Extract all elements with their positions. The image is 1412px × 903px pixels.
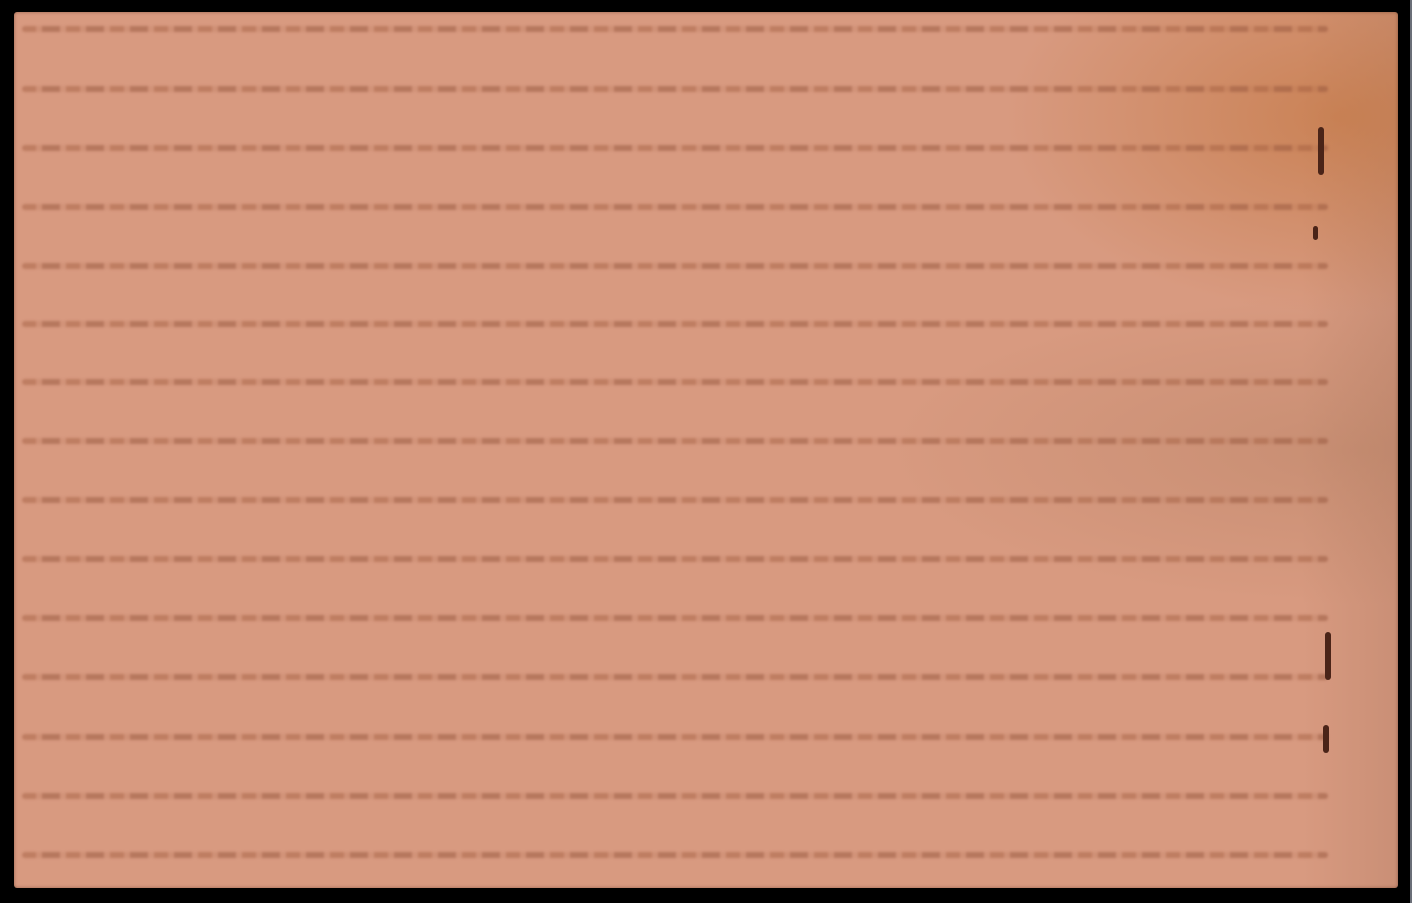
- faint-text-line: [22, 438, 1328, 444]
- faint-text-line: [22, 379, 1328, 385]
- staple-mark: [1325, 632, 1331, 680]
- faint-text-line: [22, 793, 1328, 799]
- faint-text-line: [22, 734, 1328, 740]
- faint-text-line: [22, 852, 1328, 858]
- faint-text-line: [22, 497, 1328, 503]
- faint-text-line: [22, 556, 1328, 562]
- faint-text-line: [22, 615, 1328, 621]
- staple-mark: [1318, 127, 1324, 175]
- faint-text-line: [22, 26, 1328, 32]
- staple-mark: [1323, 725, 1329, 753]
- faint-text-line: [22, 86, 1328, 92]
- faint-text-line: [22, 204, 1328, 210]
- staple-mark: [1313, 226, 1318, 240]
- faint-text-line: [22, 145, 1328, 151]
- faint-text-line: [22, 263, 1328, 269]
- faint-text-line: [22, 321, 1328, 327]
- aged-card: [14, 12, 1398, 888]
- faint-text-line: [22, 674, 1328, 680]
